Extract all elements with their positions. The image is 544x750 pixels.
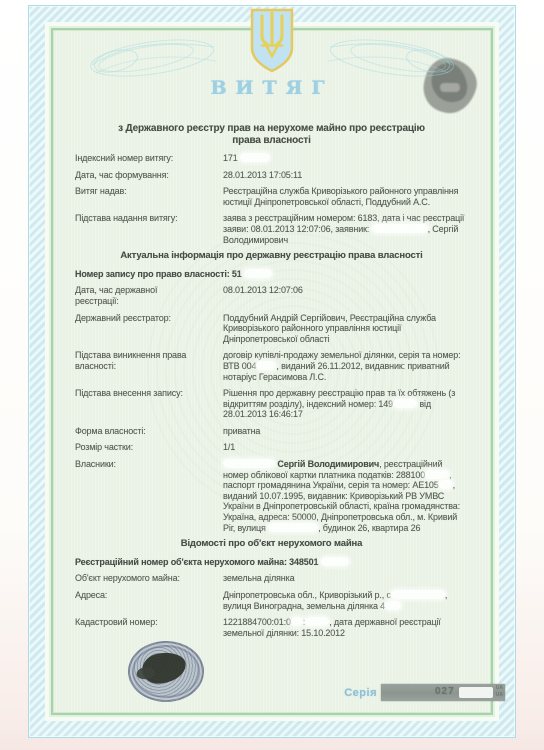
field-row: Власники: Сергій Володимирович, реєстрац…: [75, 459, 468, 533]
field-value-text: , будинок 26, квартира 26: [318, 523, 420, 533]
field-value-text: Дніпропетровська обл., Криворізький р., …: [223, 590, 391, 600]
field-label: Індексний номер витягу:: [75, 153, 187, 164]
field-value-text: Номер запису про право власності: 51: [75, 269, 242, 279]
field-row: Розмір частки:1/1: [75, 442, 468, 453]
field-label: Об'єкт нерухомого майна:: [75, 573, 187, 584]
record-number-line: Номер запису про право власності: 51: [75, 269, 468, 280]
field-row: Форма власності:приватна: [75, 426, 468, 437]
field-row: Адреса:Дніпропетровська обл., Криворізьк…: [75, 590, 468, 611]
field-row: Дата, час державної реєстрації:08.01.201…: [75, 285, 468, 306]
field-row: Державний реєстратор:Поддубний Андрій Се…: [75, 313, 468, 345]
field-label: Державний реєстратор:: [75, 313, 187, 345]
redaction-patch: [393, 399, 417, 408]
redaction-patch: [391, 590, 445, 599]
field-value-text: 08.01.2013 12:07:06: [223, 285, 303, 295]
subtitle-line-2: права власності: [232, 135, 311, 146]
field-label: Дата, час формування:: [75, 170, 187, 181]
field-value-text: 171: [223, 153, 240, 163]
redaction-patch: [256, 361, 276, 370]
series-country-code: UA UA: [496, 685, 503, 699]
record-number-line: Реєстраційний номер об'єкта нерухомого м…: [75, 557, 468, 568]
field-value: договір купівлі-продажу земельної ділянк…: [223, 350, 468, 382]
stamp-redaction-blot: [140, 650, 187, 685]
field-value: Сергій Володимирович, реєстраційний номе…: [223, 459, 468, 533]
field-label: Витяг надав:: [75, 186, 187, 207]
field-row: Кадастровий номер:1221884700:01:0:, дата…: [75, 617, 468, 638]
field-label: Форма власності:: [75, 426, 187, 437]
redaction-patch: [321, 557, 349, 566]
field-value: приватна: [223, 426, 468, 437]
series-label: Серія: [344, 687, 377, 699]
field-value-text: 1221884700:01:0: [223, 617, 291, 627]
field-value-text: Реєстраційний номер об'єкта нерухомого м…: [75, 557, 318, 567]
redaction-patch: [385, 601, 401, 610]
redaction-patch: [372, 224, 428, 233]
field-row: Об'єкт нерухомого майна:земельна ділянка: [75, 573, 468, 584]
field-value-text: земельна ділянка: [223, 573, 294, 583]
field-value-text: Поддубний Андрій Сергійович, Реєстраційн…: [223, 313, 436, 344]
field-label: Дата, час державної реєстрації:: [75, 285, 187, 306]
field-value-text: 28.01.2013 17:05:11: [223, 170, 302, 180]
field-value: 08.01.2013 12:07:06: [223, 285, 468, 306]
field-value-text: 1/1: [223, 442, 235, 452]
field-value: земельна ділянка: [223, 573, 468, 584]
field-label: Кадастровий номер:: [75, 617, 187, 638]
field-label: Розмір частки:: [75, 442, 187, 453]
field-value: Рішення про державну реєстрацію прав та …: [223, 388, 468, 420]
field-sections: Індексний номер витягу:171 Дата, час фор…: [75, 153, 468, 638]
redaction-patch: [268, 523, 318, 532]
redaction-patch: [439, 480, 453, 489]
document-content: з Державного реєстру прав на нерухоме ма…: [75, 123, 468, 644]
document-subtitle: з Державного реєстру прав на нерухоме ма…: [75, 123, 468, 147]
series-number: 027: [435, 686, 455, 697]
section-heading: Актуальна інформація про державну реєстр…: [75, 251, 468, 262]
redaction-patch: [240, 153, 270, 162]
section-heading: Відомості про об'єкт нерухомого майна: [75, 539, 468, 550]
subtitle-line-1: з Державного реєстру прав на нерухоме ма…: [118, 123, 425, 134]
field-value: Поддубний Андрій Сергійович, Реєстраційн…: [223, 313, 468, 345]
series-line: Серія 027 UA UA: [344, 684, 505, 701]
field-row: Дата, час формування:28.01.2013 17:05:11: [75, 170, 468, 181]
redaction-patch: [425, 470, 449, 479]
field-label: Підстава надання витягу:: [75, 213, 187, 245]
redaction-patch: [305, 617, 329, 626]
field-row: Підстава виникнення права власності:дого…: [75, 350, 468, 382]
redaction-patch: [223, 459, 275, 468]
redaction-patch: [291, 617, 303, 626]
field-value: 1/1: [223, 442, 468, 453]
ukraine-trident-emblem-icon: [249, 8, 295, 76]
field-label: Підстава виникнення права власності:: [75, 350, 187, 382]
field-label: Адреса:: [75, 590, 187, 611]
field-value: Дніпропетровська обл., Криворізький р., …: [223, 590, 468, 611]
round-ink-stamp: [128, 641, 204, 702]
field-value-text: Сергій Володимирович: [277, 459, 379, 469]
field-value: 171: [223, 153, 468, 164]
field-label: Підстава внесення запису:: [75, 388, 187, 420]
field-value: 28.01.2013 17:05:11: [223, 170, 468, 181]
field-value: 1221884700:01:0:, дата державної реєстра…: [223, 617, 468, 638]
field-row: Витяг надав:Реєстраційна служба Криворіз…: [75, 186, 468, 207]
field-row: Підстава внесення запису:Рішення про дер…: [75, 388, 468, 420]
redaction-patch: [244, 269, 272, 278]
field-row: Підстава надання витягу:заява з реєстрац…: [75, 213, 468, 245]
series-redaction-patch: [459, 687, 493, 698]
field-row: Індексний номер витягу:171: [75, 153, 468, 164]
field-value: Реєстраційна служба Криворізького районн…: [223, 186, 468, 207]
certificate-page: ВИТЯГ з Державного реєстру прав на нерух…: [28, 5, 516, 738]
series-number-bar: 027 UA UA: [381, 684, 505, 701]
field-value-text: Реєстраційна служба Криворізького районн…: [223, 186, 458, 207]
field-value: заява з реєстраційним номером: 6183, дат…: [223, 213, 468, 245]
field-value-text: приватна: [223, 426, 260, 436]
field-label: Власники:: [75, 459, 187, 533]
document-title-banner: ВИТЯГ: [28, 77, 516, 99]
